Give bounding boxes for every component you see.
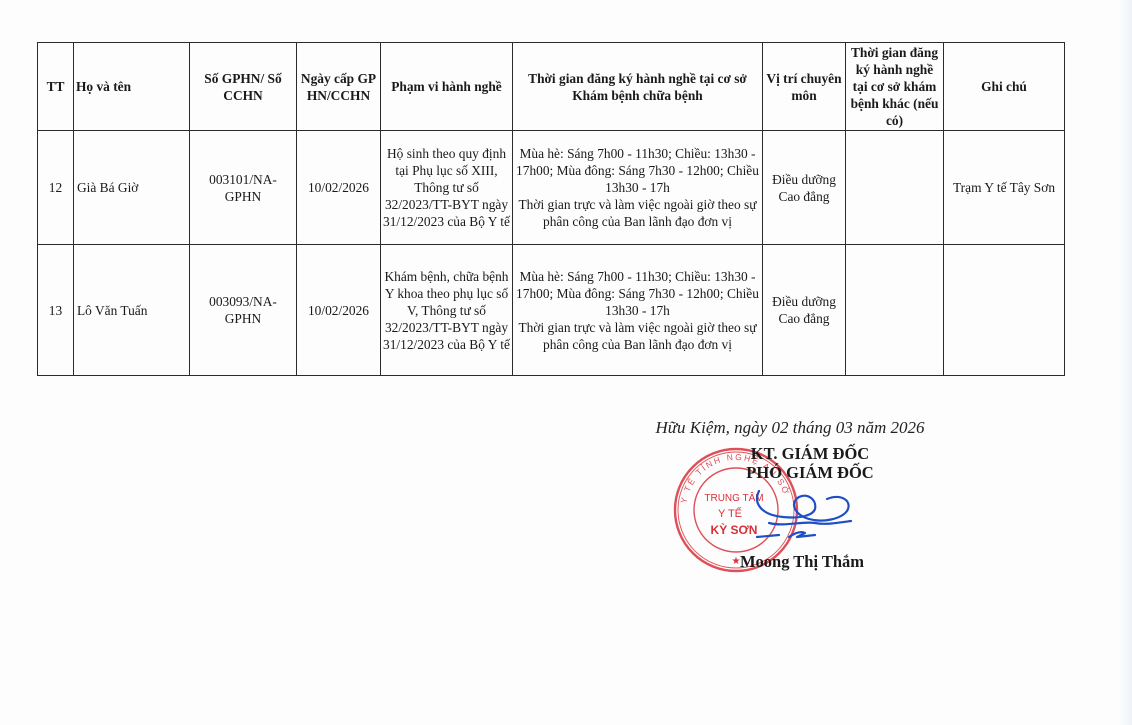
cell-issue-date: 10/02/2026: [297, 131, 381, 245]
header-schedule: Thời gian đăng ký hành nghề tại cơ sở Kh…: [513, 43, 763, 131]
place-date: Hữu Kiệm, ngày 02 tháng 03 năm 2026: [620, 418, 960, 438]
cell-license-no: 003101/NA-GPHN: [190, 131, 297, 245]
cell-position: Điều dưỡng Cao đẳng: [763, 131, 846, 245]
cell-schedule: Mùa hè: Sáng 7h00 - 11h30; Chiều: 13h30 …: [513, 245, 763, 376]
cell-license-no: 003093/NA-GPHN: [190, 245, 297, 376]
signer-title-1: KT. GIÁM ĐỐC: [630, 444, 990, 463]
cell-scope: Hộ sinh theo quy định tại Phụ lục số XII…: [381, 131, 513, 245]
cell-tt: 13: [38, 245, 74, 376]
cell-note: [944, 245, 1065, 376]
header-issue-date: Ngày cấp GPHN/CCHN: [297, 43, 381, 131]
cell-schedule: Mùa hè: Sáng 7h00 - 11h30; Chiều: 13h30 …: [513, 131, 763, 245]
schedule-hours: Mùa hè: Sáng 7h00 - 11h30; Chiều: 13h30 …: [515, 145, 760, 196]
cell-other-facility: [846, 131, 944, 245]
cell-position: Điều dưỡng Cao đẳng: [763, 245, 846, 376]
cell-scope: Khám bệnh, chữa bệnh Y khoa theo phụ lục…: [381, 245, 513, 376]
header-name: Họ và tên: [74, 43, 190, 131]
header-license-no: Số GPHN/ Số CCHN: [190, 43, 297, 131]
schedule-extra: Thời gian trực và làm việc ngoài giờ the…: [515, 319, 760, 353]
cell-tt: 12: [38, 131, 74, 245]
cell-other-facility: [846, 245, 944, 376]
header-scope: Phạm vi hành nghề: [381, 43, 513, 131]
table-row: 12 Già Bá Giờ 003101/NA-GPHN 10/02/2026 …: [38, 131, 1065, 245]
cell-name: Già Bá Giờ: [74, 131, 190, 245]
cell-name: Lô Văn Tuấn: [74, 245, 190, 376]
table-row: 13 Lô Văn Tuấn 003093/NA-GPHN 10/02/2026…: [38, 245, 1065, 376]
handwritten-signature-icon: [755, 485, 865, 545]
signer-title-2: PHÓ GIÁM ĐỐC: [630, 463, 990, 482]
table-header-row: TT Họ và tên Số GPHN/ Số CCHN Ngày cấp G…: [38, 43, 1065, 131]
header-tt: TT: [38, 43, 74, 131]
header-position: Vị trí chuyên môn: [763, 43, 846, 131]
schedule-hours: Mùa hè: Sáng 7h00 - 11h30; Chiều: 13h30 …: [515, 268, 760, 319]
page-edge: [1120, 0, 1132, 725]
header-other-facility: Thời gian đăng ký hành nghề tại cơ sở kh…: [846, 43, 944, 131]
staff-registration-table: TT Họ và tên Số GPHN/ Số CCHN Ngày cấp G…: [37, 42, 1065, 376]
header-note: Ghi chú: [944, 43, 1065, 131]
schedule-extra: Thời gian trực và làm việc ngoài giờ the…: [515, 196, 760, 230]
cell-issue-date: 10/02/2026: [297, 245, 381, 376]
cell-note: Trạm Y tế Tây Sơn: [944, 131, 1065, 245]
signer-name: Moong Thị Thắm: [622, 552, 982, 572]
